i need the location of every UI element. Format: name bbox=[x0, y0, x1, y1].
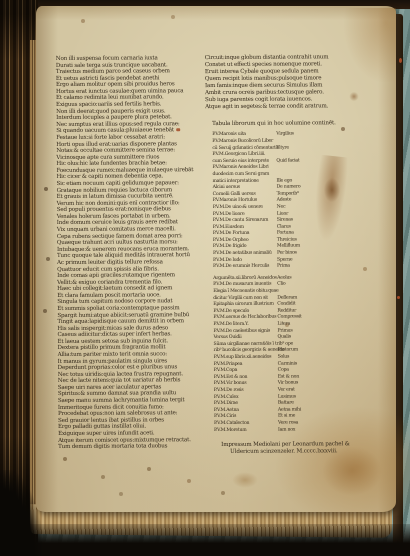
toc-incipit: Nec bbox=[277, 204, 286, 209]
verse-line: Tum demum digitis mortaria tota duobus bbox=[58, 443, 216, 451]
toc-incipit: Temporib⁹ bbox=[277, 191, 299, 196]
toc-incipit: Et si me bbox=[278, 414, 295, 419]
toc-title: dicitur Virgilii cum non sit bbox=[213, 295, 268, 300]
verse-line: Atque agit in segetes:& terrae condit ar… bbox=[205, 103, 395, 111]
toc-title: P.V.Maronis Bucolicorū Liber bbox=[212, 139, 273, 144]
toc-title: P.V.M.Moretum bbox=[214, 427, 246, 432]
toc-title: cum Seruio eius interprete bbox=[212, 158, 269, 163]
toc-title: P.V.M.Priapea bbox=[214, 361, 243, 366]
toc-incipit: Carminis bbox=[278, 361, 297, 366]
toc-title: Sūma uirgilianae narratiōis ī trib⁹ ope bbox=[214, 341, 293, 346]
toc-incipit: Fortuna bbox=[277, 231, 294, 236]
toc-incipit: Pastorum bbox=[278, 348, 298, 353]
toc-title: P.V.Maronis Hortulus bbox=[213, 198, 257, 203]
colophon: Impressum Mediolani per Leonardum pachel… bbox=[221, 441, 349, 457]
tabula-heading: Tabula librorum qui in hoc uolumine cont… bbox=[212, 120, 395, 127]
toc-incipit: Clio bbox=[277, 282, 285, 287]
toc-title: duodecim cum Serui gram bbox=[212, 172, 269, 177]
toc-title: Argumēta.xii.librorū Aeneidos bbox=[213, 275, 277, 280]
toc-incipit: Lusimus bbox=[278, 394, 296, 399]
toc-incipit: De numero bbox=[277, 185, 301, 190]
toc-incipit: Prima bbox=[277, 264, 290, 269]
toc-title: P.V.M.Vir bonus bbox=[214, 381, 247, 386]
photo-of-open-book: Non illi suspensa focum carnaria iuxtaDu… bbox=[0, 0, 410, 556]
toc-title: P.V.M.uersus de Her.laboribus bbox=[213, 315, 276, 320]
toc-title: P.V.M.De erumnis Herculis bbox=[213, 264, 269, 269]
toc-incipit: Battare bbox=[278, 401, 294, 406]
toc-incipit: Condidit bbox=[277, 302, 295, 307]
toc-incipit: Vere rosa bbox=[278, 420, 298, 425]
toc-row: P.V.M.De erumnis HerculisPrima bbox=[213, 263, 396, 271]
toc-title: P.V.M.De frigido bbox=[213, 244, 246, 249]
toc-title: P.V.M.Ciris bbox=[214, 414, 236, 419]
toc-incipit: Copa bbox=[278, 368, 289, 373]
toc-incipit: Mellifluum bbox=[277, 244, 300, 249]
toc-incipit: Threicius bbox=[277, 237, 297, 242]
toc-title: P.V.M.De rosis bbox=[214, 388, 244, 393]
toc-title: P.V.M.De Fortuna bbox=[213, 231, 249, 236]
toc-title: P.V.M.Georgicon Libri.iiii. bbox=[212, 152, 265, 157]
toc-title: P.V.M.De uino:& uenere bbox=[213, 205, 263, 210]
printed-text-area: Non illi suspensa focum carnaria iuxtaDu… bbox=[34, 5, 397, 513]
verse-column-right: Circuit:inque globum distantia contrahit… bbox=[205, 54, 395, 112]
toc-incipit: Aetna mihi bbox=[278, 407, 301, 412]
toc-title: P.V.M.De speculo bbox=[213, 309, 249, 314]
toc-title: P.V.M.De ludo bbox=[213, 257, 242, 262]
toc-title: P.V.M.Est & non bbox=[214, 375, 248, 380]
toc-title: cū Seruij grāmatici cōmentariis bbox=[212, 145, 278, 150]
photo-bottom-shadow bbox=[0, 524, 410, 556]
toc-title: P.V.M.De musarum inuentis bbox=[213, 282, 271, 287]
toc-title: P.V.M.De litera.Y. bbox=[213, 322, 248, 327]
table-of-contents: P.V.Maronis uitaVirgiliusP.V.Maronis Buc… bbox=[212, 131, 397, 434]
toc-title: P.V.M.Catalecton bbox=[214, 421, 249, 426]
toc-incipit: Defleram bbox=[277, 295, 297, 300]
toc-title: P.V.M.De aetatibus animaliū bbox=[213, 251, 272, 256]
toc-incipit: Quid faciat bbox=[276, 158, 299, 163]
toc-incipit: Est & non bbox=[278, 374, 299, 379]
toc-incipit: Ille ego bbox=[277, 178, 293, 183]
toc-title: P.V.M.sup libris.xii.aeneidos bbox=[214, 355, 272, 360]
toc-title: P.V.M.Dirae bbox=[214, 401, 238, 406]
book-page: Non illi suspensa focum carnaria iuxtaDu… bbox=[36, 6, 396, 512]
toc-incipit: Clarus bbox=[277, 224, 291, 229]
toc-incipit: Sperne bbox=[277, 257, 292, 262]
toc-title: P.V.Maronis Aeneidos Libri bbox=[212, 165, 268, 170]
toc-incipit: Sirenas bbox=[277, 218, 293, 223]
toc-title: P.V.M.De liuore bbox=[213, 211, 245, 216]
toc-incipit: Solus bbox=[278, 355, 290, 360]
toc-incipit: Aeolus bbox=[277, 275, 291, 280]
toc-title: P.V.M.Aetna bbox=[214, 408, 239, 413]
red-mark bbox=[399, 58, 402, 63]
toc-row: P.V.M.MoretumIam nox bbox=[214, 426, 397, 434]
toc-title: P.V.M.Culex bbox=[214, 394, 239, 399]
toc-title: P.V.M.De caelestibus signis bbox=[213, 328, 270, 333]
toc-title: P.V.M.De cantu Sirenarum bbox=[213, 218, 268, 223]
toc-title: P.V.Maronis uita bbox=[212, 132, 246, 137]
toc-incipit: Adeste bbox=[277, 198, 292, 203]
toc-incipit: Per binos bbox=[277, 251, 297, 256]
toc-title: P.V.M.Eiusdem bbox=[213, 225, 244, 230]
toc-incipit: Vir bonus bbox=[278, 381, 298, 386]
toc-incipit: Liuor bbox=[277, 211, 288, 216]
toc-incipit: Redditur bbox=[277, 308, 296, 313]
toc-title: Alcini uersus bbox=[213, 185, 240, 190]
right-column: Circuit:inque globum distantia contrahit… bbox=[205, 54, 397, 434]
toc-incipit: Litera bbox=[277, 322, 290, 327]
toc-title: Epitaphia uirorum illustrium bbox=[213, 302, 273, 307]
toc-incipit: Primus bbox=[277, 328, 292, 333]
toc-incipit: Tityre bbox=[276, 145, 289, 150]
toc-title: Cornelii Galli uersus bbox=[213, 191, 256, 196]
red-mark bbox=[397, 296, 400, 299]
toc-incipit: Iam nox bbox=[278, 427, 295, 432]
toc-title: P.V.M.Copa bbox=[214, 368, 237, 373]
toc-incipit: Compressit bbox=[277, 315, 301, 320]
colophon-line: Uldericum scinzenzeler. M.cccc.lxxxviii. bbox=[230, 449, 349, 457]
toc-title: Versus Ouidii bbox=[213, 335, 241, 340]
toc-title: rib⁹ bucolicis georgicis & aeneide bbox=[214, 348, 285, 353]
toc-title: matici interpretatione bbox=[213, 178, 259, 183]
toc-incipit: Virgilius bbox=[276, 132, 293, 137]
toc-title: P.V.M.De Orpheo bbox=[213, 238, 249, 243]
toc-title: Elegia ī Mecoenatis obitu:quae bbox=[213, 289, 278, 294]
toc-incipit: Ver erat bbox=[278, 387, 295, 392]
toc-incipit: Qualis bbox=[277, 335, 290, 340]
verse-column-left: Non illi suspensa focum carnaria iuxtaDu… bbox=[56, 55, 216, 451]
